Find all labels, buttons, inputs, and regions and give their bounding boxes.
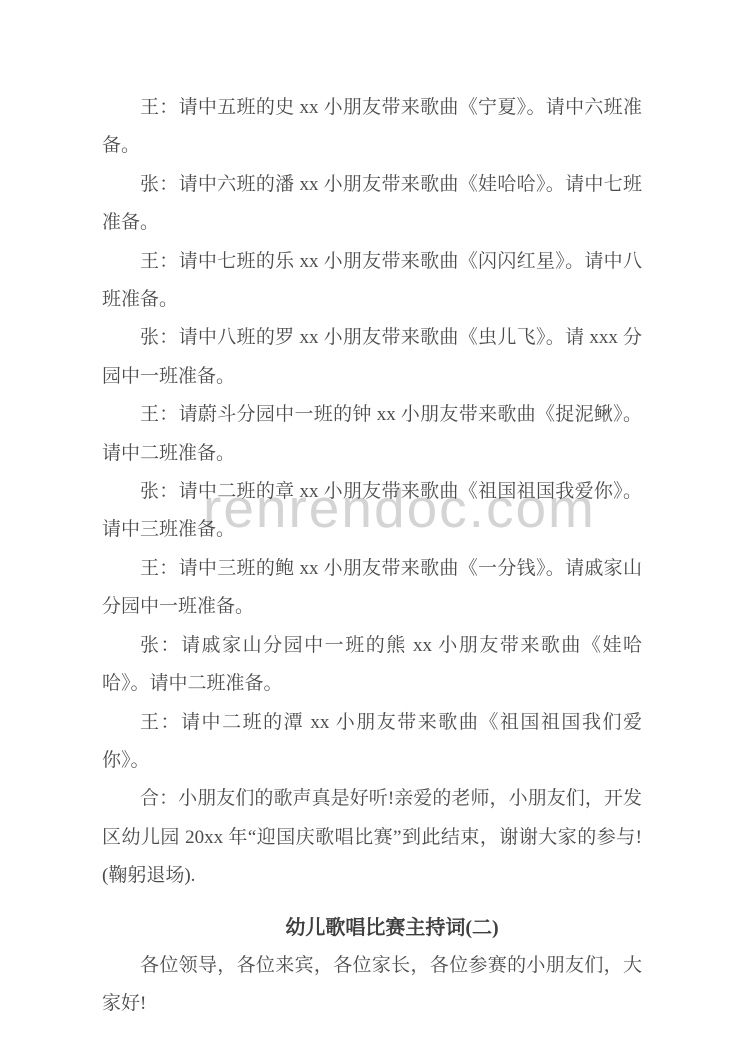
paragraph: 张：请戚家山分园中一班的熊 xx 小朋友带来歌曲《娃哈哈》。请中二班准备。 bbox=[102, 627, 642, 704]
paragraph: 王：请中三班的鲍 xx 小朋友带来歌曲《一分钱》。请戚家山分园中一班准备。 bbox=[102, 550, 642, 627]
paragraph: 张：请中六班的潘 xx 小朋友带来歌曲《娃哈哈》。请中七班准备。 bbox=[102, 166, 642, 243]
paragraph: 张：请中二班的章 xx 小朋友带来歌曲《祖国祖国我爱你》。请中三班准备。 bbox=[102, 473, 642, 550]
document-page: renrendoc.com 王：请中五班的史 xx 小朋友带来歌曲《宁夏》。请中… bbox=[0, 0, 744, 1052]
paragraph: 王：请蔚斗分园中一班的钟 xx 小朋友带来歌曲《捉泥鳅》。请中二班准备。 bbox=[102, 396, 642, 473]
closing-paragraph: 各位领导，各位来宾，各位家长，各位参赛的小朋友们，大家好! bbox=[102, 947, 642, 1024]
paragraph: 张：请中八班的罗 xx 小朋友带来歌曲《虫儿飞》。请 xxx 分园中一班准备。 bbox=[102, 319, 642, 396]
section-heading: 幼儿歌唱比赛主持词(二) bbox=[102, 909, 642, 947]
document-content: 王：请中五班的史 xx 小朋友带来歌曲《宁夏》。请中六班准备。张：请中六班的潘 … bbox=[0, 0, 744, 1024]
paragraph-list: 王：请中五班的史 xx 小朋友带来歌曲《宁夏》。请中六班准备。张：请中六班的潘 … bbox=[102, 89, 642, 896]
paragraph: 合：小朋友们的歌声真是好听!亲爱的老师，小朋友们，开发区幼儿园 20xx 年“迎… bbox=[102, 780, 642, 895]
paragraph: 王：请中五班的史 xx 小朋友带来歌曲《宁夏》。请中六班准备。 bbox=[102, 89, 642, 166]
paragraph: 王：请中七班的乐 xx 小朋友带来歌曲《闪闪红星》。请中八班准备。 bbox=[102, 243, 642, 320]
paragraph: 王：请中二班的潭 xx 小朋友带来歌曲《祖国祖国我们爱你》。 bbox=[102, 704, 642, 781]
